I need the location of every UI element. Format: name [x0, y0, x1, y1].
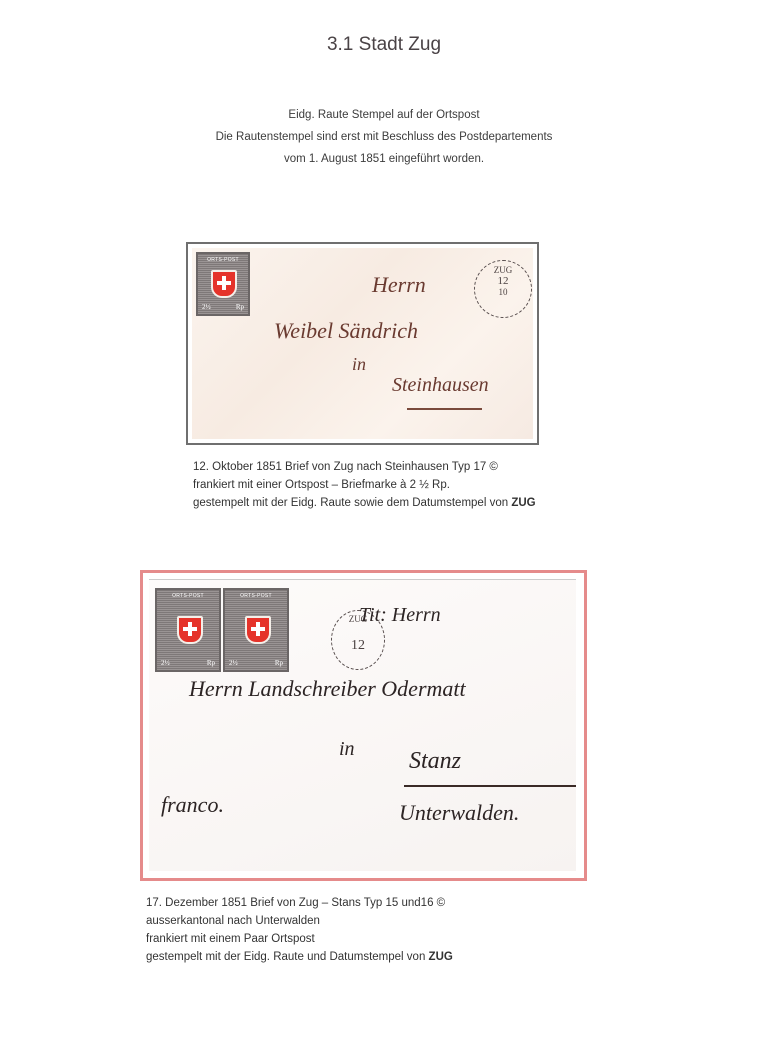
date-postmark: ZUG 12 10: [474, 260, 532, 318]
envelope: ORTS-POST 2½ Rp ORTS-POST 2½ Rp ZUG 12 T…: [149, 579, 576, 871]
underline: [404, 785, 576, 787]
caption-line: frankiert mit einem Paar Ortspost: [146, 930, 453, 948]
caption-cover-1: 12. Oktober 1851 Brief von Zug nach Stei…: [193, 458, 536, 512]
cover-image-2: ORTS-POST 2½ Rp ORTS-POST 2½ Rp ZUG 12 T…: [140, 570, 587, 881]
intro-line: Eidg. Raute Stempel auf der Ortspost: [0, 104, 768, 126]
caption-bold: ZUG: [429, 951, 453, 963]
stamp-value-left: 2½: [229, 659, 238, 667]
caption-line: frankiert mit einer Ortspost – Briefmark…: [193, 476, 536, 494]
address-line: Steinhausen: [392, 374, 489, 397]
stamp-value: 2½ Rp: [225, 659, 287, 667]
caption-line: gestempelt mit der Eidg. Raute sowie dem…: [193, 494, 536, 512]
intro-text: Eidg. Raute Stempel auf der Ortspost Die…: [0, 104, 768, 170]
postmark-town: ZUG: [475, 265, 531, 275]
stamp-label: ORTS-POST: [225, 593, 287, 599]
caption-line: 12. Oktober 1851 Brief von Zug nach Stei…: [193, 458, 536, 476]
address-line: Tit: Herrn: [359, 604, 441, 627]
stamp-value-right: Rp: [207, 659, 215, 667]
page-title: 3.1 Stadt Zug: [0, 34, 768, 56]
address-line: in: [352, 354, 366, 375]
postmark-day: 12: [332, 638, 384, 654]
address-line: Herrn: [372, 272, 426, 298]
caption-line: ausserkantonal nach Unterwalden: [146, 912, 453, 930]
intro-line: vom 1. August 1851 eingeführt worden.: [0, 148, 768, 170]
address-line: Weibel Sändrich: [274, 318, 418, 344]
address-line: Stanz: [409, 748, 461, 775]
stamp-label: ORTS-POST: [157, 593, 219, 599]
caption-line: 17. Dezember 1851 Brief von Zug – Stans …: [146, 894, 453, 912]
caption-text: gestempelt mit der Eidg. Raute sowie dem…: [193, 497, 508, 509]
stamp-label: ORTS-POST: [198, 257, 248, 263]
stamp-value-left: 2½: [202, 303, 211, 311]
intro-line: Die Rautenstempel sind erst mit Beschlus…: [0, 126, 768, 148]
stamp-value-right: Rp: [236, 303, 244, 311]
address-line: Unterwalden.: [399, 800, 519, 826]
stamp-ortspost-left: ORTS-POST 2½ Rp: [155, 588, 221, 672]
postmark-month: 10: [475, 287, 531, 297]
caption-bold: ZUG: [511, 497, 535, 509]
envelope: ORTS-POST 2½ Rp ZUG 12 10 Herrn Weibel S…: [192, 248, 533, 439]
cover-image-1: ORTS-POST 2½ Rp ZUG 12 10 Herrn Weibel S…: [186, 242, 539, 445]
stamp-value: 2½ Rp: [198, 303, 248, 311]
caption-text: gestempelt mit der Eidg. Raute und Datum…: [146, 951, 425, 963]
address-line: in: [339, 738, 355, 761]
swiss-cross-icon: [177, 616, 203, 644]
caption-cover-2: 17. Dezember 1851 Brief von Zug – Stans …: [146, 894, 453, 966]
stamp-value-left: 2½: [161, 659, 170, 667]
swiss-cross-icon: [245, 616, 271, 644]
postmark-day: 12: [475, 275, 531, 287]
address-line: Herrn Landschreiber Odermatt: [189, 676, 466, 702]
stamp-value: 2½ Rp: [157, 659, 219, 667]
stamp-ortspost: ORTS-POST 2½ Rp: [196, 252, 250, 316]
swiss-cross-icon: [211, 270, 237, 298]
underline: [407, 408, 482, 410]
stamp-ortspost-right: ORTS-POST 2½ Rp: [223, 588, 289, 672]
caption-line: gestempelt mit der Eidg. Raute und Datum…: [146, 948, 453, 966]
stamp-value-right: Rp: [275, 659, 283, 667]
franco-annotation: franco.: [161, 792, 224, 818]
